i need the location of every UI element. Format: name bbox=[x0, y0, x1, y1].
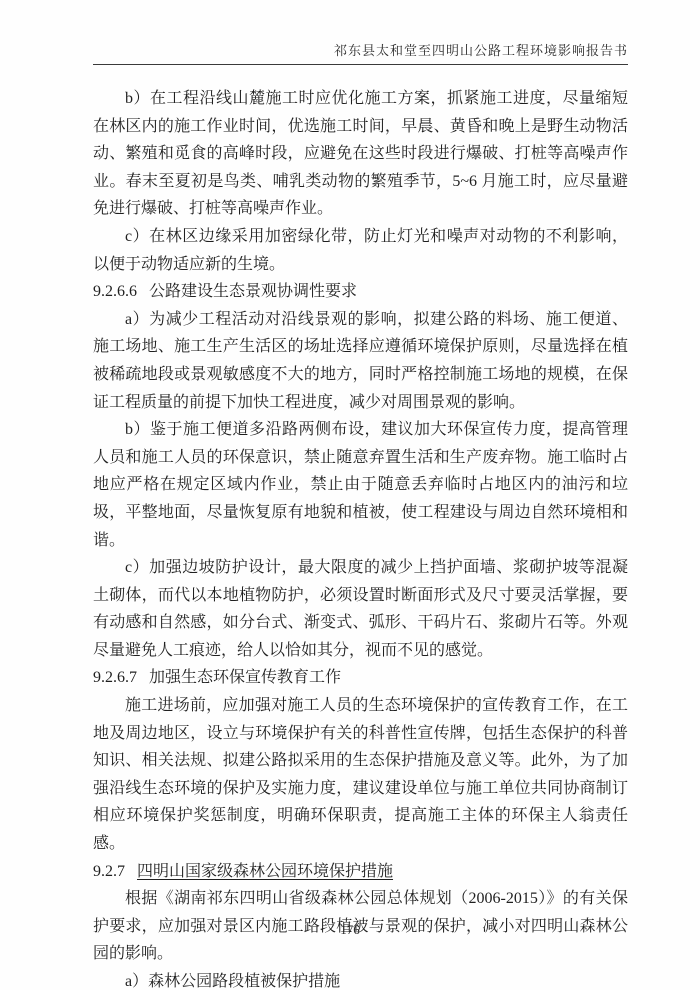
page-number: 176 bbox=[340, 922, 360, 937]
section-title: 加强生态环保宣传教育工作 bbox=[149, 669, 341, 686]
section-title: 四明山国家级森林公园环境保护措施 bbox=[137, 863, 393, 880]
paragraph: a）为减少工程活动对沿线景观的影响，拟建公路的料场、施工便道、施工场地、施工生产… bbox=[93, 306, 628, 416]
document-content: b）在工程沿线山麓施工时应优化施工方案，抓紧施工进度，尽量缩短在林区内的施工作业… bbox=[93, 85, 628, 990]
section-number: 9.2.6.6 bbox=[93, 283, 137, 300]
section-title: 公路建设生态景观协调性要求 bbox=[149, 283, 357, 300]
section-heading-9-2-6-6: 9.2.6.6公路建设生态景观协调性要求 bbox=[93, 278, 628, 306]
paragraph: c）在林区边缘采用加密绿化带，防止灯光和噪声对动物的不利影响，以便于动物适应新的… bbox=[93, 223, 628, 278]
page-header: 祁东县太和堂至四明山公路工程环境影响报告书 bbox=[93, 40, 628, 65]
header-title: 祁东县太和堂至四明山公路工程环境影响报告书 bbox=[334, 43, 628, 58]
report-page: 祁东县太和堂至四明山公路工程环境影响报告书 b）在工程沿线山麓施工时应优化施工方… bbox=[0, 0, 700, 990]
section-heading-9-2-6-7: 9.2.6.7加强生态环保宣传教育工作 bbox=[93, 664, 628, 692]
paragraph: b）鉴于施工便道多沿路两侧布设，建议加大环保宣传力度，提高管理人员和施工人员的环… bbox=[93, 416, 628, 554]
page-footer: 176 bbox=[0, 922, 700, 938]
section-heading-9-2-7: 9.2.7四明山国家级森林公园环境保护措施 bbox=[93, 858, 628, 886]
paragraph: b）在工程沿线山麓施工时应优化施工方案，抓紧施工进度，尽量缩短在林区内的施工作业… bbox=[93, 85, 628, 223]
paragraph: a）森林公园路段植被保护措施 bbox=[93, 968, 628, 990]
page-body: 祁东县太和堂至四明山公路工程环境影响报告书 b）在工程沿线山麓施工时应优化施工方… bbox=[93, 40, 628, 990]
section-number: 9.2.7 bbox=[93, 863, 125, 880]
paragraph: 施工进场前，应加强对施工人员的生态环境保护的宣传教育工作，在工地及周边地区，设立… bbox=[93, 692, 628, 858]
paragraph: c）加强边坡防护设计，最大限度的减少上挡护面墙、浆砌护坡等混凝土砌体，而代以本地… bbox=[93, 554, 628, 664]
section-number: 9.2.6.7 bbox=[93, 669, 137, 686]
